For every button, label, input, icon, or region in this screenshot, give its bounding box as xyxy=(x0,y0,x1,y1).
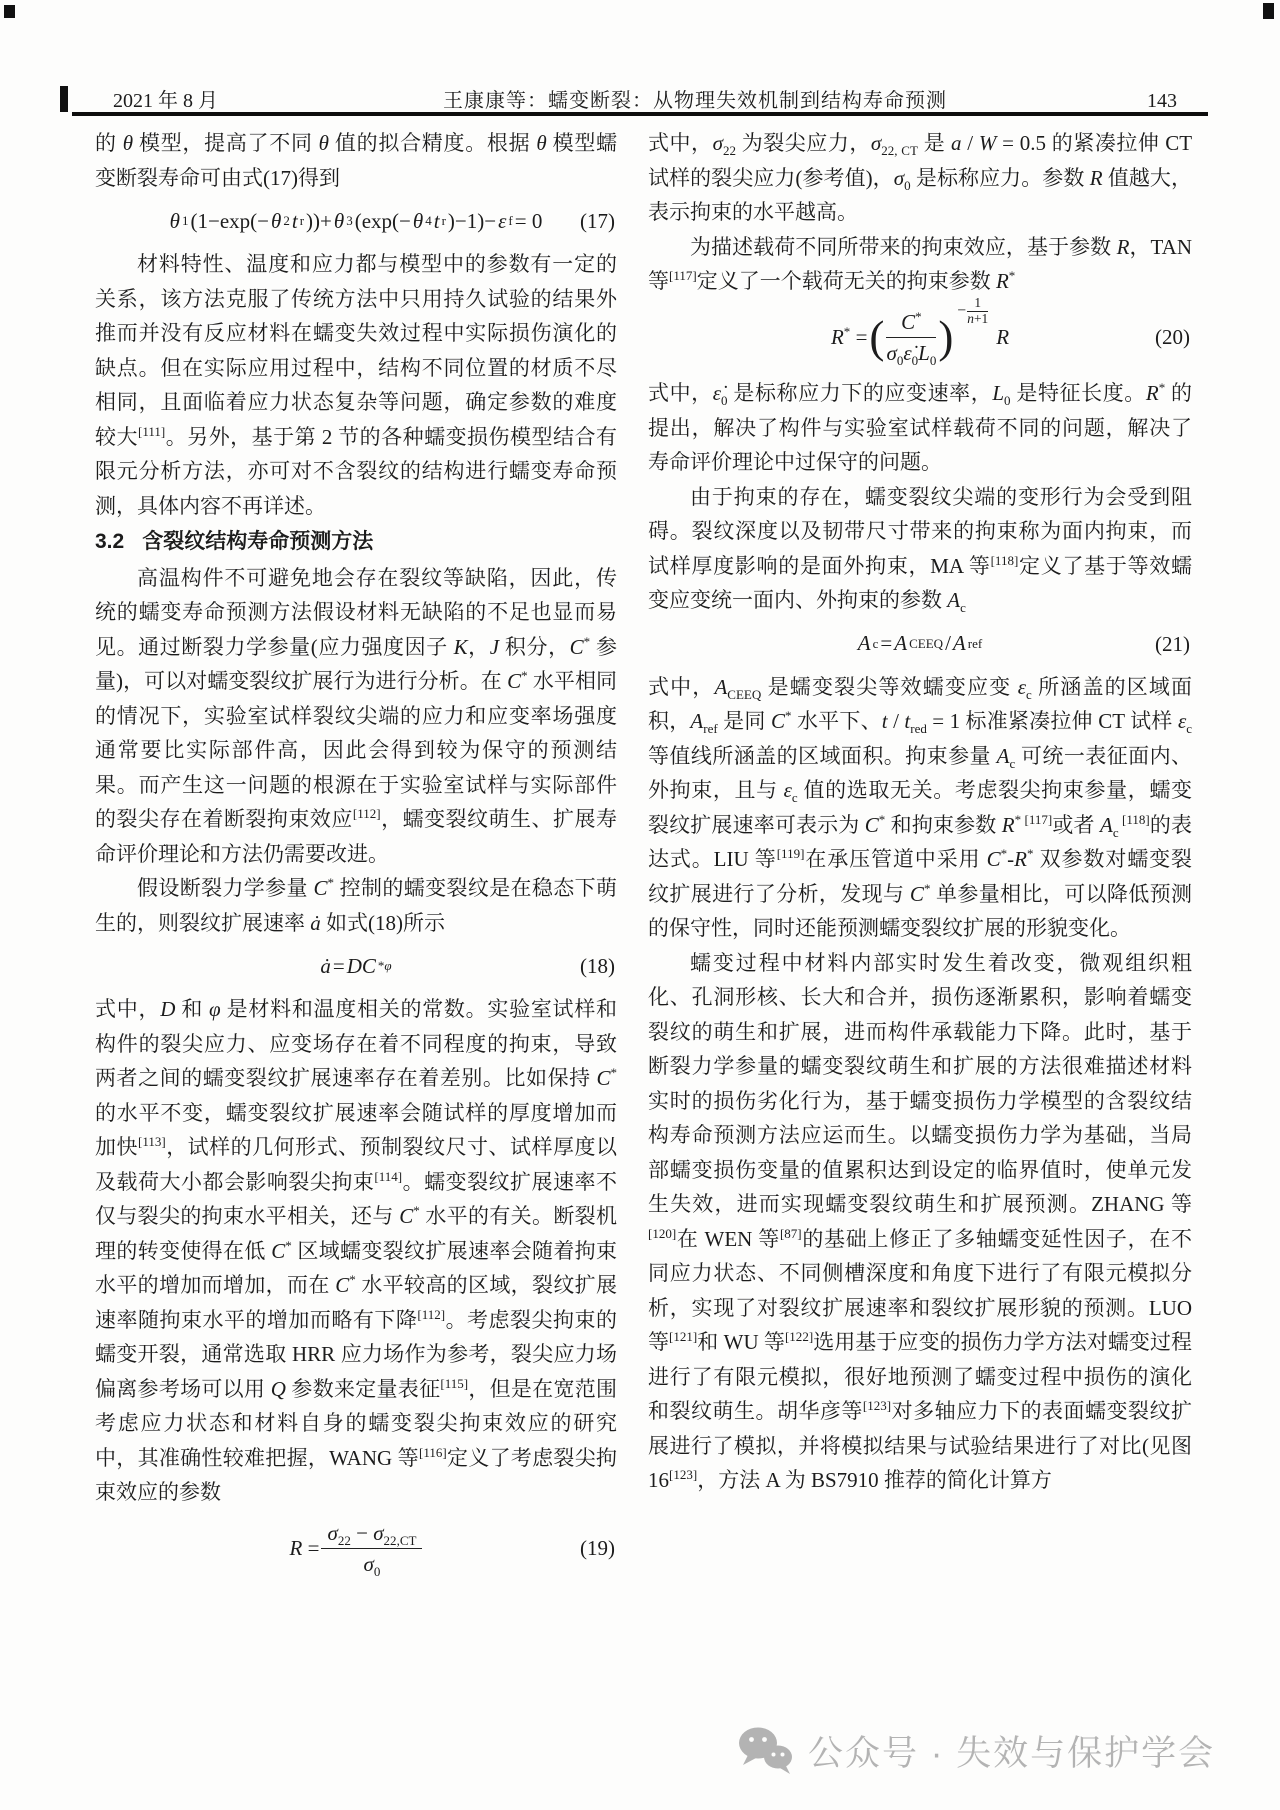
equation-number: (18) xyxy=(580,949,615,984)
scan-artifact xyxy=(4,5,15,18)
paragraph: 由于拘束的存在，蠕变裂纹尖端的变形行为会受到阻碍。裂纹深度以及韧带尺寸带来的拘束… xyxy=(648,480,1192,618)
paragraph: 的 θ 模型，提高了不同 θ 值的拟合精度。根据 θ 模型蠕变断裂寿命可由式(1… xyxy=(95,126,617,195)
fraction-denominator: σ0ε̇0L0 xyxy=(886,338,936,366)
watermark: 公众号 · 失效与保护学会 xyxy=(738,1726,1215,1776)
header-date: 2021 年 8 月 xyxy=(75,84,305,113)
equation-body: θ1(1−exp(−θ2tr))+θ3(exp(−θ4tr)−1)−εf = 0 xyxy=(170,204,543,239)
equation-number: (20) xyxy=(1155,320,1190,355)
header-page-number: 143 xyxy=(1085,90,1205,113)
paragraph: 式中，ε̇0 是标称应力下的应变速率，L0 是特征长度。R* 的提出，解决了构件… xyxy=(648,376,1192,480)
paragraph: 为描述载荷不同所带来的拘束效应，基于参数 R，TAN 等[117]定义了一个载荷… xyxy=(648,230,1192,299)
equation-19: R = σ22 − σ22,CT σ0 (19) xyxy=(95,1520,617,1578)
equation-18: ȧ = DC*φ (18) xyxy=(95,946,617,986)
equation-20: R* = ( C* σ0ε̇0L0 ) − 1 n+1 R (20) xyxy=(648,309,1192,367)
fraction: σ22 − σ22,CT σ0 xyxy=(321,1520,422,1578)
fraction-denominator: σ0 xyxy=(321,1549,422,1577)
right-column: 式中，σ22 为裂尖应力，σ22, CT 是 a / W = 0.5 的紧凑拉伸… xyxy=(648,126,1192,1498)
page-header: 2021 年 8 月 王康康等：蠕变断裂：从物理失效机制到结构寿命预测 143 xyxy=(75,84,1205,113)
paragraph: 假设断裂力学参量 C* 控制的蠕变裂纹是在稳态下萌生的，则裂纹扩展速率 ȧ 如式… xyxy=(95,871,617,940)
paragraph: 式中，ACEEQ 是蠕变裂尖等效蠕变应变 εc 所涵盖的区域面积，Aref 是同… xyxy=(648,670,1192,946)
paragraph: 蠕变过程中材料内部实时发生着改变，微观组织粗化、孔洞形核、长大和合并，损伤逐渐累… xyxy=(648,946,1192,1498)
fraction-numerator: C* xyxy=(886,309,936,338)
exponent-denominator: n+1 xyxy=(967,312,988,327)
exponent-sign: − xyxy=(957,294,966,329)
paragraph: 高温构件不可避免地会存在裂纹等缺陷，因此，传统的蠕变寿命预测方法假设材料无缺陷的… xyxy=(95,561,617,872)
equation-21: Ac = ACEEQ / Aref (21) xyxy=(648,624,1192,664)
fraction-numerator: σ22 − σ22,CT xyxy=(321,1520,422,1549)
equation-17: θ1(1−exp(−θ2tr))+θ3(exp(−θ4tr)−1)−εf = 0… xyxy=(95,201,617,241)
equation-rhs: R xyxy=(996,320,1009,355)
equation-body: Ac = ACEEQ / Aref xyxy=(858,626,982,661)
paragraph: 式中，D 和 φ 是材料和温度相关的常数。实验室试样和构件的裂尖应力、应变场存在… xyxy=(95,992,617,1510)
document-page: 2021 年 8 月 王康康等：蠕变断裂：从物理失效机制到结构寿命预测 143 … xyxy=(0,0,1280,1810)
section-title: 含裂纹结构寿命预测方法 xyxy=(142,525,373,560)
scan-artifact xyxy=(1263,3,1274,19)
equation-body: R = σ22 − σ22,CT σ0 xyxy=(290,1520,423,1578)
exponent: − 1 n+1 xyxy=(957,294,988,329)
equation-number: (21) xyxy=(1155,626,1190,661)
equation-body: ȧ = DC*φ xyxy=(320,949,391,984)
section-number: 3.2 xyxy=(95,525,124,560)
section-heading: 3.2 含裂纹结构寿命预测方法 xyxy=(95,525,617,560)
exponent-fraction: 1 n+1 xyxy=(967,296,988,326)
left-column: 的 θ 模型，提高了不同 θ 值的拟合精度。根据 θ 模型蠕变断裂寿命可由式(1… xyxy=(95,126,617,1587)
equation-lhs: R = xyxy=(290,1531,320,1566)
equation-body: R* = ( C* σ0ε̇0L0 ) − 1 n+1 R xyxy=(831,309,1009,367)
exponent-numerator: 1 xyxy=(967,296,988,312)
paragraph: 式中，σ22 为裂尖应力，σ22, CT 是 a / W = 0.5 的紧凑拉伸… xyxy=(648,126,1192,230)
equation-number: (17) xyxy=(580,204,615,239)
fraction: C* σ0ε̇0L0 xyxy=(886,309,936,367)
watermark-text: 公众号 · 失效与保护学会 xyxy=(808,1726,1215,1776)
scan-artifact xyxy=(60,86,68,112)
wechat-icon xyxy=(738,1726,794,1776)
header-rule xyxy=(72,112,1208,116)
equation-number: (19) xyxy=(580,1531,615,1566)
header-running-title: 王康康等：蠕变断裂：从物理失效机制到结构寿命预测 xyxy=(305,84,1085,113)
paragraph: 材料特性、温度和应力都与模型中的参数有一定的关系，该方法克服了传统方法中只用持久… xyxy=(95,247,617,523)
equation-lhs: R* = xyxy=(831,320,867,355)
